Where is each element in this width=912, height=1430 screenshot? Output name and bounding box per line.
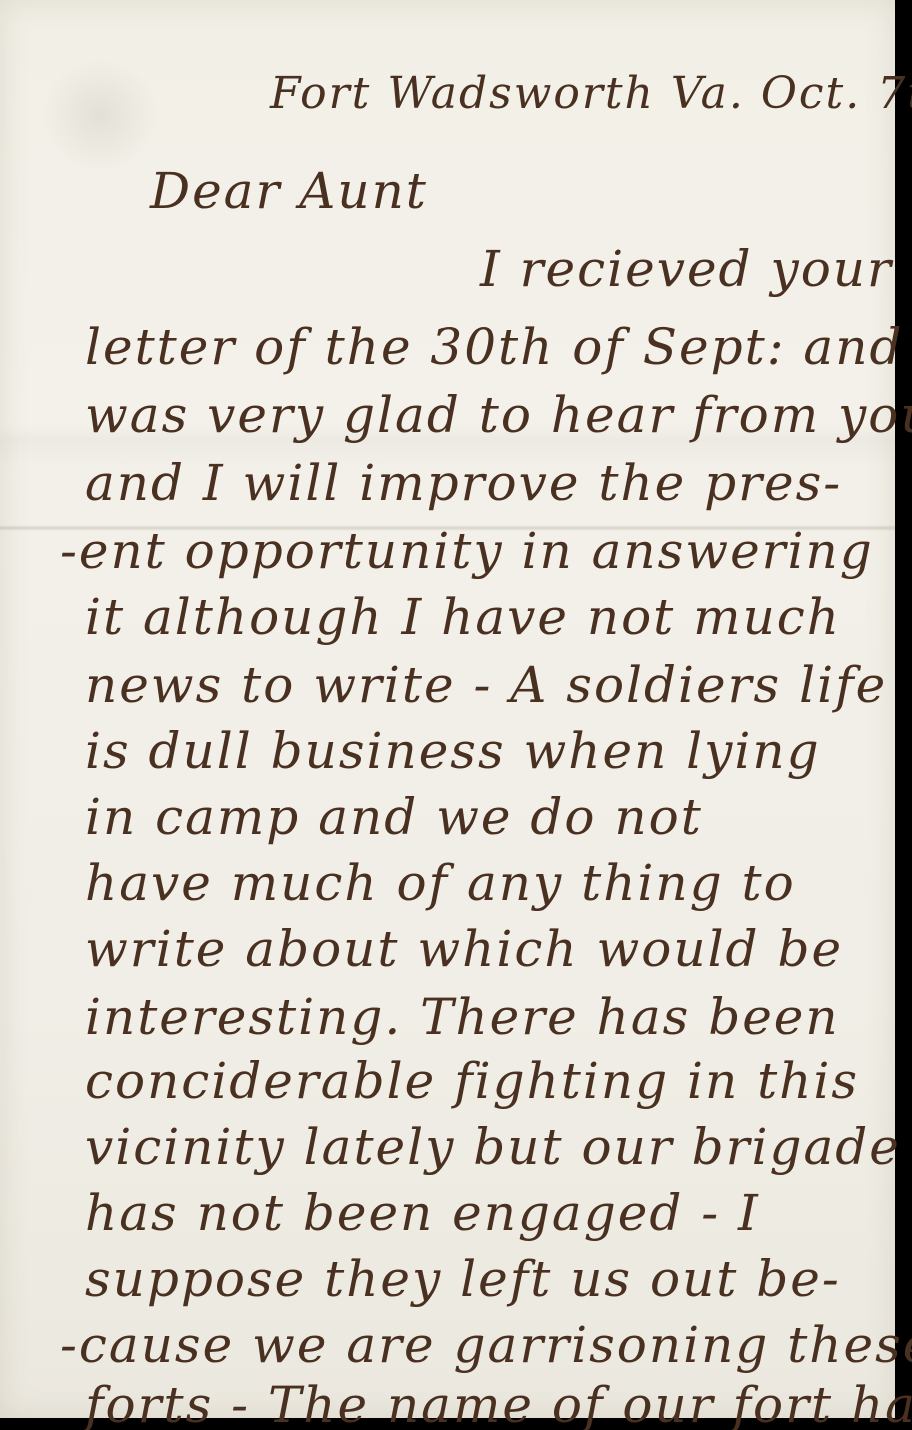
letter-line: conciderable fighting in this <box>85 1052 859 1110</box>
letter-line: news to write - A soldiers life <box>85 656 887 714</box>
letter-line: interesting. There has been <box>85 988 840 1046</box>
letter-line: write about which would be <box>85 920 843 978</box>
letter-line: in camp and we do not <box>85 788 703 846</box>
letter-line: forts - The name of our fort has <box>85 1376 912 1430</box>
letter-line: letter of the 30th of Sept: and <box>85 318 903 376</box>
letter-page: Fort Wadsworth Va. Oct. 7th 1864 Dear Au… <box>0 0 895 1418</box>
dateline: Fort Wadsworth Va. Oct. 7th 1864 <box>270 68 912 119</box>
letter-line: is dull business when lying <box>85 722 821 780</box>
letter-line: -ent opportunity in answering <box>60 522 874 580</box>
salutation: Dear Aunt <box>150 162 428 220</box>
letter-line: it although I have not much <box>85 588 841 646</box>
letter-line: suppose they left us out be- <box>85 1250 841 1308</box>
letter-line: vicinity lately but our brigade <box>85 1118 901 1176</box>
letter-line: -cause we are garrisoning these <box>60 1316 912 1374</box>
letter-line: has not been engaged - I <box>85 1184 760 1242</box>
letter-line: was very glad to hear from you <box>85 386 912 444</box>
embossed-stamp <box>40 60 160 170</box>
letter-line: and I will improve the pres- <box>85 454 842 512</box>
letter-line: I recieved your <box>480 240 893 298</box>
letter-line: have much of any thing to <box>85 854 796 912</box>
